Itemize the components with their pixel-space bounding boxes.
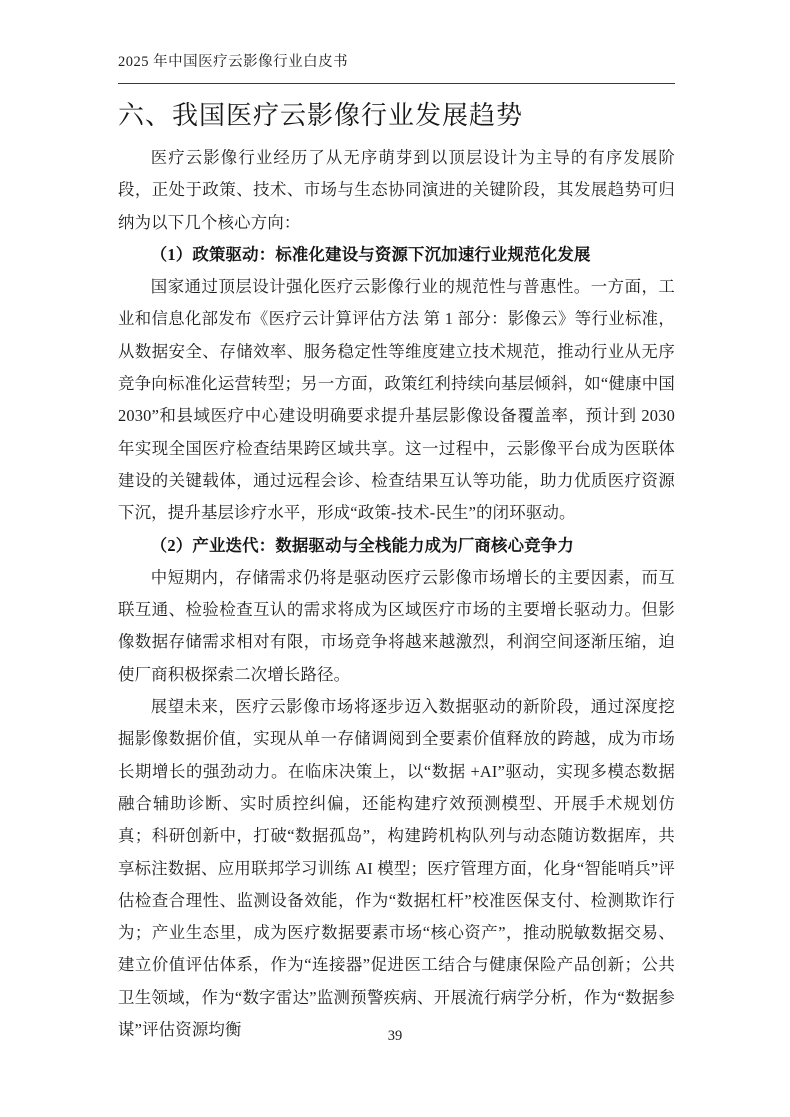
section-heading-1: （1）政策驱动：标准化建设与资源下沉加速行业规范化发展 — [118, 239, 675, 271]
body-text: 医疗云影像行业经历了从无序萌芽到以顶层设计为主导的有序发展阶段，正处于政策、技术… — [118, 142, 675, 1046]
document-page: 2025 年中国医疗云影像行业白皮书 六、我国医疗云影像行业发展趋势 医疗云影像… — [0, 0, 790, 1117]
content-column: 2025 年中国医疗云影像行业白皮书 六、我国医疗云影像行业发展趋势 医疗云影像… — [118, 0, 675, 1046]
chapter-title: 六、我国医疗云影像行业发展趋势 — [118, 98, 675, 134]
paragraph-policy-driven: 国家通过顶层设计强化医疗云影像行业的规范性与普惠性。一方面，工业和信息化部发布《… — [118, 271, 675, 529]
section-heading-2: （2）产业迭代：数据驱动与全栈能力成为厂商核心竞争力 — [118, 530, 675, 562]
paragraph-intro: 医疗云影像行业经历了从无序萌芽到以顶层设计为主导的有序发展阶段，正处于政策、技术… — [118, 142, 675, 239]
running-header: 2025 年中国医疗云影像行业白皮书 — [118, 54, 675, 84]
paragraph-mid-term: 中短期内，存储需求仍将是驱动医疗云影像市场增长的主要因素，而互联互通、检验检查互… — [118, 562, 675, 691]
paragraph-outlook: 展望未来，医疗云影像市场将逐步迈入数据驱动的新阶段，通过深度挖掘影像数据价值，实… — [118, 691, 675, 1046]
page-number: 39 — [0, 1028, 790, 1045]
running-header-title: 2025 年中国医疗云影像行业白皮书 — [118, 54, 348, 70]
